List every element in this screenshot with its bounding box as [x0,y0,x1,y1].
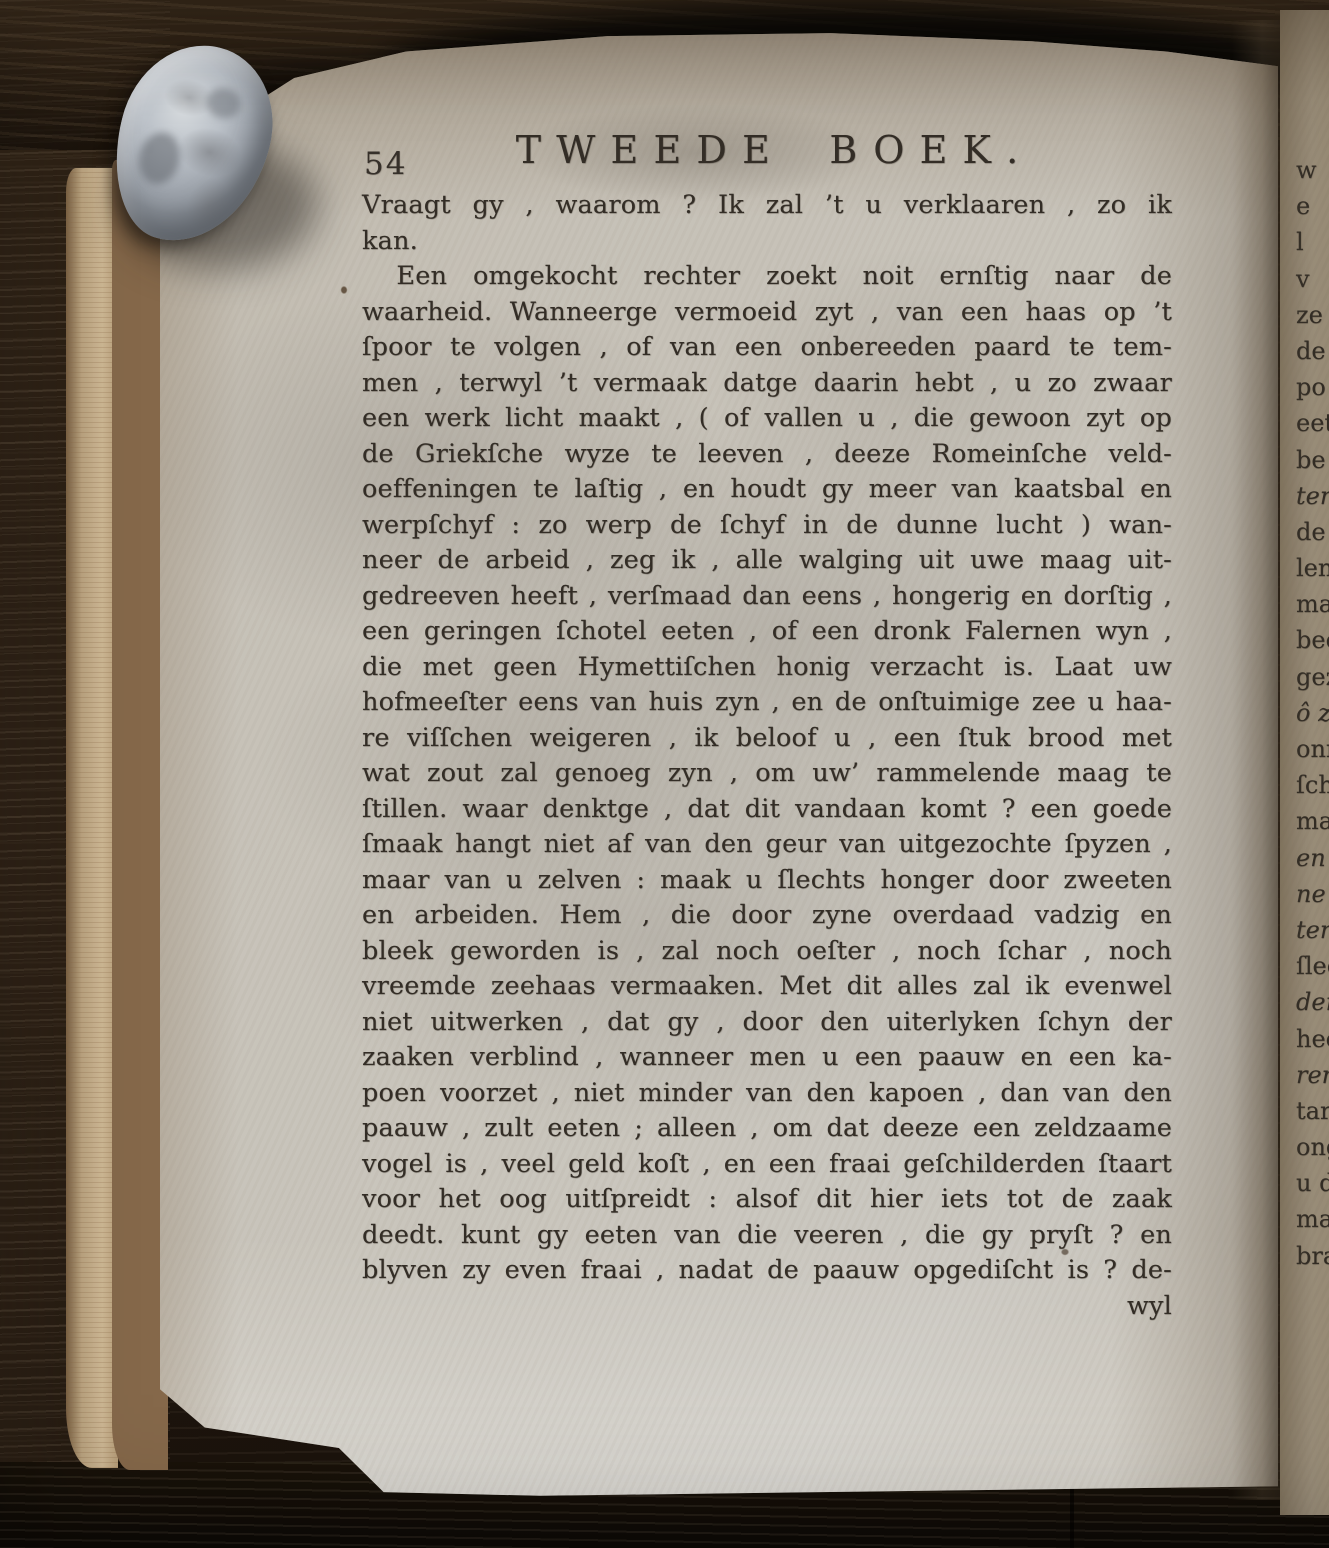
text-line: men , terwyl ’t vermaak datge daarin heb… [362,366,1172,402]
text-line: gedreeven heeft , verſmaad dan eens , ho… [362,579,1172,615]
page-number: 54 [364,146,407,182]
text-fragment: len [1296,550,1329,586]
text-line: vogel is , veel geld koſt , en een fraai… [362,1147,1172,1183]
text-fragment: mar [1296,1201,1329,1237]
text-fragment: heeft [1296,1021,1329,1057]
text-line: vreemde zeehaas vermaaken. Met dit alles… [362,969,1172,1005]
text-line: kan. [362,224,1172,260]
text-fragment: be [1296,442,1329,478]
text-line: oeffeningen te laſtig , en houdt gy meer… [362,472,1172,508]
text-fragment: e [1296,188,1329,224]
text-fragment: de [1296,333,1329,369]
text-fragment: maa [1296,803,1329,839]
text-fragment: ze [1296,297,1329,333]
facing-page-edge: welvzedepoeetbetendelenmabeegezô zuonrſc… [1280,10,1329,1515]
text-fragment: u d [1296,1165,1329,1201]
text-line: neer de arbeid , zeg ik , alle walging u… [362,543,1172,579]
text-line: paauw , zult eeten ; alleen , om dat dee… [362,1111,1172,1147]
text-line: ſpoor te volgen , of van een onbereeden … [362,330,1172,366]
text-line: wat zout zal genoeg zyn , om uw’ rammele… [362,756,1172,792]
text-fragment: ten [1296,478,1329,514]
text-line: en arbeiden. Hem , die door zyne overdaa… [362,898,1172,934]
text-line: re viſſchen weigeren , ik beloof u , een… [362,721,1172,757]
text-fragment: onr [1296,731,1329,767]
text-fragment: tarb [1296,1093,1329,1129]
text-line: zaaken verblind , wanneer men u een paau… [362,1040,1172,1076]
text-line: niet uitwerken , dat gy , door den uiter… [362,1005,1172,1041]
page-body-text: Vraagt gy , waarom ? Ik zal ’t u verklaa… [362,188,1172,1324]
pebble-blotch [134,128,185,188]
text-fragment: ô zu [1296,695,1329,731]
text-line: een werk licht maakt , ( of vallen u , d… [362,401,1172,437]
facing-page-text-fragments: welvzedepoeetbetendelenmabeegezô zuonrſc… [1280,10,1329,1274]
text-fragment: ſlec [1296,948,1329,984]
text-line: een geringen ſchotel eeten , of een dron… [362,614,1172,650]
text-line: Een omgekocht rechter zoekt noit ernſtig… [362,259,1172,295]
book-page-54: 54 TWEEDE BOEK. Vraagt gy , waarom ? Ik … [160,28,1278,1498]
text-line: maar van u zelven : maak u ſlechts honge… [362,863,1172,899]
text-line: die met geen Hymettiſchen honig verzacht… [362,650,1172,686]
text-fragment: v [1296,261,1329,297]
text-line: deedt. kunt gy eeten van die veeren , di… [362,1218,1172,1254]
book-fore-edge-band [112,160,168,1470]
text-fragment: ren ’ [1296,1057,1329,1093]
text-line: bleek geworden is , zal noch oeſter , no… [362,934,1172,970]
text-fragment: gez [1296,659,1329,695]
text-fragment: bee [1296,622,1329,658]
text-fragment: eet [1296,405,1329,441]
text-line: waarheid. Wanneerge vermoeid zyt , van e… [362,295,1172,331]
text-line: wyl [362,1289,1172,1325]
text-fragment: ten [1296,912,1329,948]
text-fragment: ſch [1296,767,1329,803]
text-fragment: ma [1296,586,1329,622]
text-fragment: den , [1296,984,1329,1020]
text-fragment: ne ſp [1296,876,1329,912]
text-line: de Griekſche wyze te leeven , deeze Rome… [362,437,1172,473]
text-fragment: braa [1296,1238,1329,1274]
text-fragment: po [1296,369,1329,405]
text-line: Vraagt gy , waarom ? Ik zal ’t u verklaa… [362,188,1172,224]
book-fore-edge-pages [66,168,118,1468]
text-fragment: de [1296,514,1329,550]
text-fragment: ong [1296,1129,1329,1165]
text-fragment: l [1296,224,1329,260]
text-line: ſtillen. waar denktge , dat dit vandaan … [362,792,1172,828]
text-line: werpſchyf : zo werp de ſchyf in de dunne… [362,508,1172,544]
text-line: ſmaak hangt niet af van den geur van uit… [362,827,1172,863]
book-photograph: 54 TWEEDE BOEK. Vraagt gy , waarom ? Ik … [0,0,1329,1548]
book-gutter-shadow [1232,20,1282,1500]
pebble-blotch [204,85,244,122]
text-line: blyven zy even fraai , nadat de paauw op… [362,1253,1172,1289]
text-fragment: en ſo [1296,840,1329,876]
text-line: voor het oog uitſpreidt : alsof dit hier… [362,1182,1172,1218]
text-line: poen voorzet , niet minder van den kapoe… [362,1076,1172,1112]
text-fragment: w [1296,152,1329,188]
text-line: hofmeeſter eens van huis zyn , en de onſ… [362,685,1172,721]
running-title: TWEEDE BOEK. [362,128,1172,172]
